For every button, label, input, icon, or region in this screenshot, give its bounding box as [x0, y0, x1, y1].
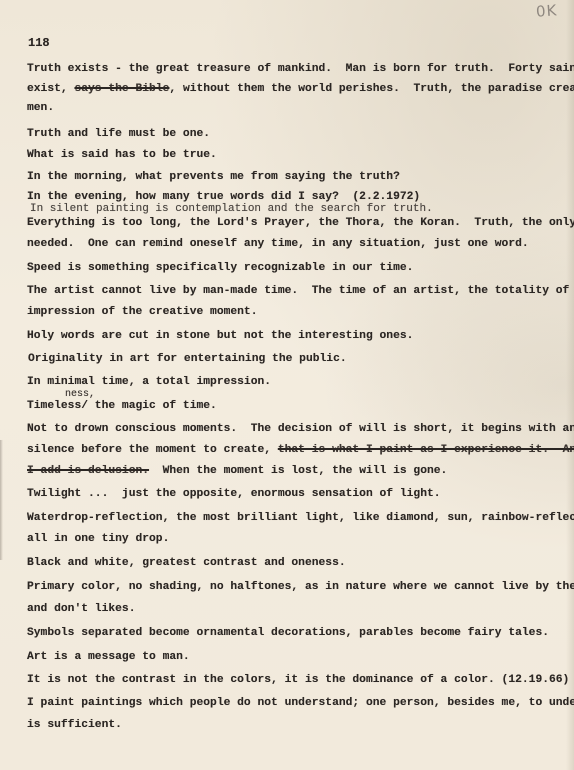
text-line: In minimal time, a total impression.: [27, 376, 271, 388]
text-segment: , without them the world perishes. Truth…: [169, 83, 574, 95]
page-edge-shading: [566, 0, 574, 770]
text-line: Black and white, greatest contrast and o…: [27, 557, 346, 569]
text-line: Primary color, no shading, no halftones,…: [27, 581, 574, 593]
handwritten-ok-mark: 0K: [535, 1, 558, 20]
text-line: Waterdrop-reflection, the most brilliant…: [27, 512, 574, 524]
text-segment: exist,: [27, 83, 74, 95]
text-line: In the evening, how many true words did …: [27, 191, 420, 203]
text-line: I paint paintings which people do not un…: [27, 697, 574, 709]
struck-out-text: says the Bible: [74, 83, 169, 95]
text-line: Speed is something specifically recogniz…: [27, 262, 413, 274]
text-line: needed. One can remind oneself any time,…: [27, 238, 529, 250]
text-line: In silent painting is contemplation and …: [30, 203, 433, 215]
typewritten-page: 0K 118 Truth exists - the great treasure…: [0, 0, 574, 770]
text-line: Timeless/ the magic of time.: [27, 400, 217, 412]
text-line: What is said has to be true.: [27, 149, 217, 161]
text-line: In the morning, what prevents me from sa…: [27, 171, 400, 183]
text-segment: silence before the moment to create,: [27, 444, 278, 456]
text-line: Originality in art for entertaining the …: [28, 353, 347, 365]
text-line: Art is a message to man.: [27, 651, 190, 663]
text-line: Truth and life must be one.: [27, 128, 210, 140]
text-line: Everything is too long, the Lord's Praye…: [27, 217, 574, 229]
handwritten-insertion: ness,: [65, 389, 95, 400]
text-line: silence before the moment to create, tha…: [27, 444, 574, 456]
text-line: Holy words are cut in stone but not the …: [27, 330, 413, 342]
page-edge-shadow: [0, 440, 3, 560]
text-line: impression of the creative moment.: [27, 306, 258, 318]
text-segment: When the moment is lost, the will is gon…: [149, 465, 447, 477]
text-line: Truth exists - the great treasure of man…: [27, 63, 574, 75]
struck-out-text: I add is delusion.: [27, 465, 149, 477]
text-line: and don't likes.: [27, 603, 135, 615]
text-line: Not to drown conscious moments. The deci…: [27, 423, 574, 435]
text-line: Twilight ... just the opposite, enormous…: [27, 488, 441, 500]
text-line: exist, says the Bible, without them the …: [27, 83, 574, 95]
text-line: Symbols separated become ornamental deco…: [27, 627, 549, 639]
text-line: It is not the contrast in the colors, it…: [27, 674, 569, 686]
struck-out-text: that is what I paint as I experience it.…: [278, 444, 574, 456]
page-number: 118: [28, 36, 50, 50]
text-line: is sufficient.: [27, 719, 122, 731]
text-line: men.: [27, 102, 54, 114]
text-line: The artist cannot live by man-made time.…: [27, 285, 574, 297]
text-line: I add is delusion. When the moment is lo…: [27, 465, 447, 477]
text-line: all in one tiny drop.: [27, 533, 169, 545]
